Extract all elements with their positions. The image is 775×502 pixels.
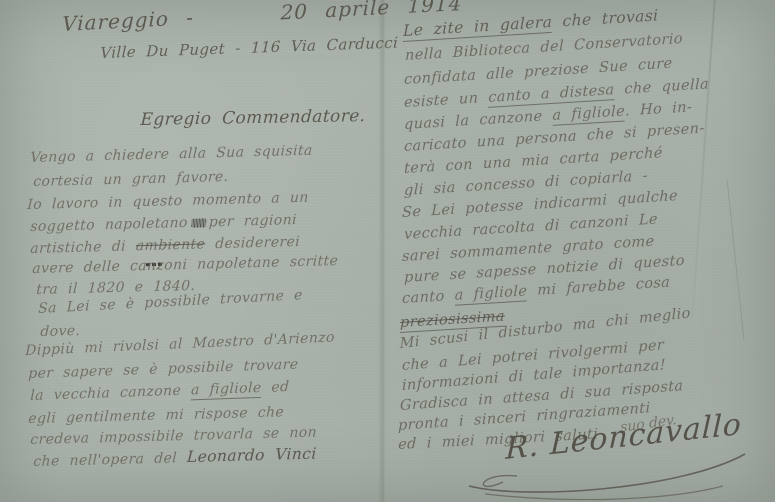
left-line: egli gentilmente mi rispose che xyxy=(28,404,284,427)
left-line: Vengo a chiedere alla Sua squisita xyxy=(30,143,313,166)
address-line: Ville Du Puget - 116 Via Carducci xyxy=(100,34,399,62)
left-line: per sapere se è possibile trovare xyxy=(28,357,299,382)
left-line: Io lavoro in questo momento a un xyxy=(27,190,309,213)
left-line: dove. xyxy=(40,323,81,340)
paper-crease xyxy=(727,180,745,339)
paper-crease xyxy=(691,0,716,318)
left-line: la vecchia canzone a figliole ed xyxy=(30,379,290,404)
left-line: che nell'opera del Leonardo Vinci xyxy=(33,445,317,470)
left-line: artistiche di ambiente desidererei xyxy=(30,234,300,257)
left-line: soggetto napoletanoper ragioni xyxy=(30,212,297,235)
salutation: Egregio Commendatore. xyxy=(140,106,366,130)
ink-blot xyxy=(191,218,206,227)
handwritten-letter-scan: Viareggio - 20 aprile 1914 Ville Du Puge… xyxy=(0,0,775,502)
left-line: avere delle canzoni napoletane scritte xyxy=(32,253,339,277)
dateline-gap xyxy=(211,20,263,23)
page-fold xyxy=(378,0,390,502)
left-line: credeva impossibile trovarla se non xyxy=(30,424,317,448)
left-line: cortesia un gran favore. xyxy=(33,169,229,190)
dateline-place: Viareggio - xyxy=(62,5,194,36)
